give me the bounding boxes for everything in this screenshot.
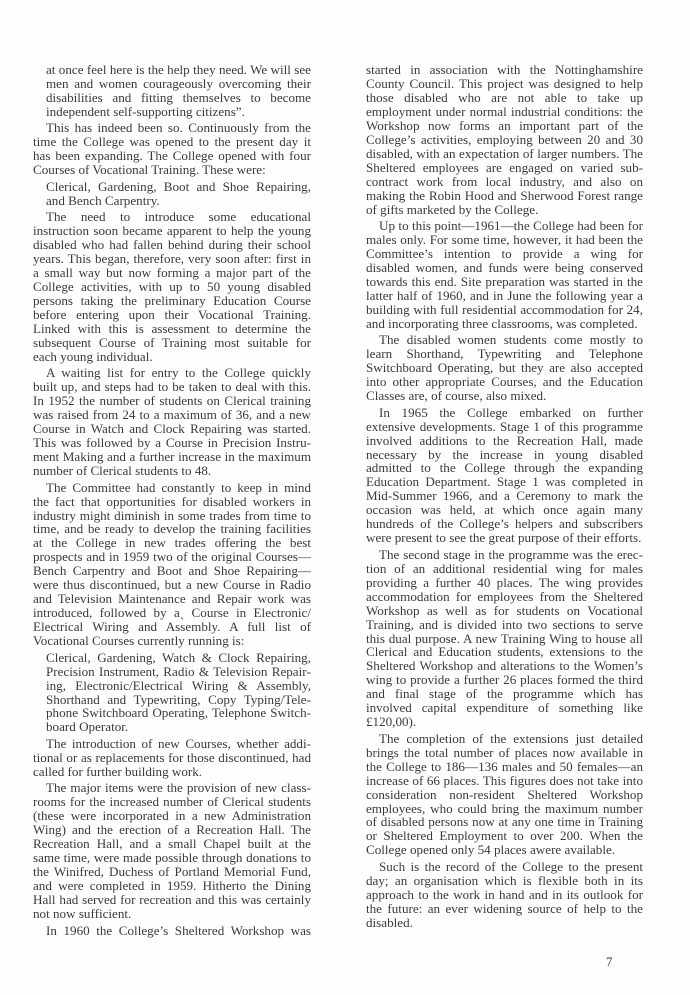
paragraph-women-students: The disabled women students come mostly …	[366, 333, 643, 403]
paragraph-expansion: This has indeed been so. Continuously fr…	[33, 121, 311, 177]
paragraph-record: Such is the record of the College to the…	[366, 860, 643, 930]
current-courses-list: Clerical, Gardening, Watch & Clock Repai…	[33, 651, 311, 735]
left-column: at once feel here is the help they need.…	[33, 63, 311, 940]
paragraph-womens-wing: Up to this point—1961—the College had be…	[366, 219, 643, 331]
page-number: 7	[606, 955, 613, 969]
paragraph-waiting-list: A waiting list for entry to the College …	[33, 366, 311, 478]
paragraph-sheltered-workshop-start: In 1960 the College’s Sheltered Workshop…	[33, 924, 311, 938]
paragraph-completion: The completion of the extensions just de…	[366, 732, 643, 858]
original-courses-list: Clerical, Gardening, Boot and Shoe Repai…	[33, 180, 311, 208]
paragraph-new-courses: The introduction of new Courses, whether…	[33, 737, 311, 779]
paragraph-sheltered-workshop-cont: started in association with the Nottingh…	[366, 63, 643, 216]
paragraph-education: The need to introduce some educational i…	[33, 210, 311, 363]
paragraph-committee: The Committee had constantly to keep in …	[33, 481, 311, 648]
right-column: started in association with the Nottingh…	[366, 63, 643, 932]
paragraph-1965-developments: In 1965 the College embarked on further …	[366, 406, 643, 546]
paragraph-major-items: The major items were the provision of ne…	[33, 781, 311, 921]
document-page: at once feel here is the help they need.…	[0, 0, 690, 995]
paragraph-second-stage: The second stage in the programme was th…	[366, 548, 643, 729]
paragraph-quote-ending: at once feel here is the help they need.…	[33, 63, 311, 119]
